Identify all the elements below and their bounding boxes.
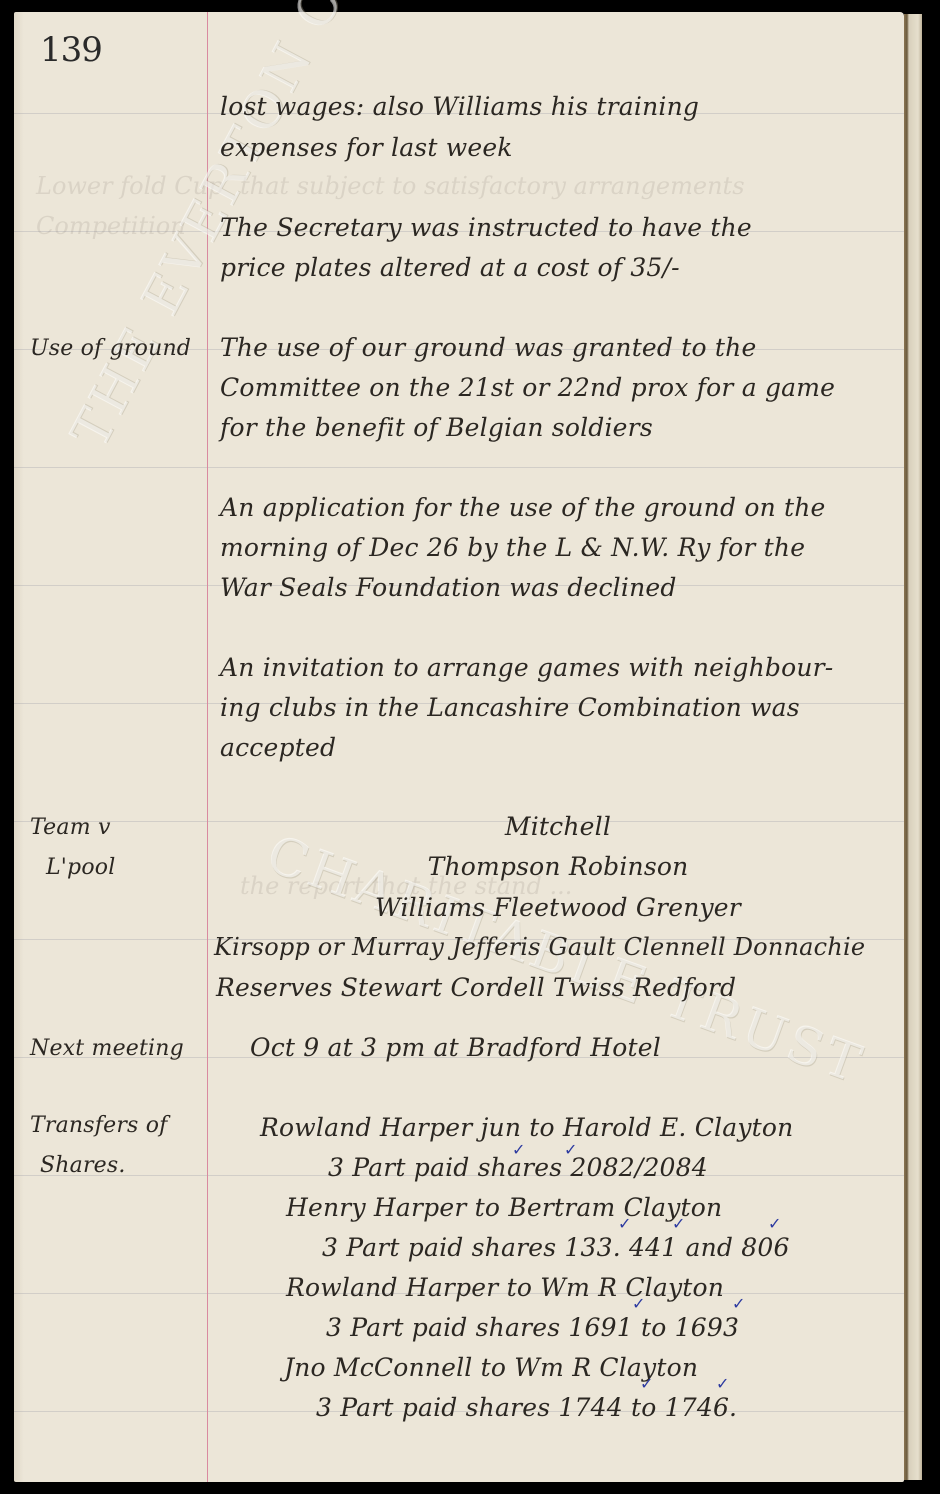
check-mark-icon: ✓ bbox=[632, 1294, 645, 1313]
minute-line: War Seals Foundation was declined bbox=[220, 573, 677, 602]
minute-line: expenses for last week bbox=[220, 133, 513, 162]
margin-note-transfers: Transfers of bbox=[30, 1113, 168, 1138]
minute-line: ing clubs in the Lancashire Combination … bbox=[220, 693, 800, 722]
team-forwards: Kirsopp or Murray Jefferis Gault Clennel… bbox=[214, 933, 865, 961]
check-mark-icon: ✓ bbox=[512, 1140, 525, 1159]
check-mark-icon: ✓ bbox=[716, 1374, 729, 1393]
margin-note-opponent: L'pool bbox=[46, 855, 115, 880]
check-mark-icon: ✓ bbox=[618, 1214, 631, 1233]
margin-note-shares: Shares. bbox=[40, 1153, 126, 1178]
team-goalkeeper: Mitchell bbox=[208, 812, 908, 841]
minute-line: An application for the use of the ground… bbox=[220, 493, 826, 522]
transfer-shares: 3 Part paid shares 1691 to 1693 bbox=[326, 1313, 739, 1342]
team-halfbacks: Williams Fleetwood Grenyer bbox=[208, 893, 908, 922]
minute-line: Committee on the 21st or 22nd prox for a… bbox=[220, 373, 835, 402]
check-mark-icon: ✓ bbox=[672, 1214, 685, 1233]
page-number: 139 bbox=[40, 30, 102, 70]
transfer-parties: Henry Harper to Bertram Clayton bbox=[286, 1193, 722, 1222]
margin-note-use-of-ground: Use of ground bbox=[30, 336, 191, 361]
minute-line: for the benefit of Belgian soldiers bbox=[220, 413, 653, 442]
minute-line: accepted bbox=[220, 733, 336, 762]
page-binding-edge bbox=[904, 14, 922, 1480]
minute-line: An invitation to arrange games with neig… bbox=[220, 653, 833, 682]
minute-line: morning of Dec 26 by the L & N.W. Ry for… bbox=[220, 533, 805, 562]
check-mark-icon: ✓ bbox=[732, 1294, 745, 1313]
transfer-parties: Jno McConnell to Wm R Clayton bbox=[284, 1353, 698, 1382]
margin-note-team: Team v bbox=[30, 815, 111, 840]
minute-line: The Secretary was instructed to have the bbox=[220, 213, 752, 242]
transfer-parties: Rowland Harper jun to Harold E. Clayton bbox=[260, 1113, 793, 1142]
check-mark-icon: ✓ bbox=[564, 1140, 577, 1159]
check-mark-icon: ✓ bbox=[768, 1214, 781, 1233]
team-backs: Thompson Robinson bbox=[208, 852, 908, 881]
next-meeting-text: Oct 9 at 3 pm at Bradford Hotel bbox=[250, 1033, 661, 1062]
minute-line: price plates altered at a cost of 35/- bbox=[220, 253, 680, 282]
team-reserves: Reserves Stewart Cordell Twiss Redford bbox=[216, 973, 736, 1002]
transfer-shares: 3 Part paid shares 1744 to 1746. bbox=[316, 1393, 737, 1422]
check-mark-icon: ✓ bbox=[640, 1374, 653, 1393]
minute-line: lost wages: also Williams his training bbox=[220, 92, 699, 121]
minute-line: The use of our ground was granted to the bbox=[220, 333, 756, 362]
margin-rule bbox=[207, 12, 208, 1482]
transfer-shares: 3 Part paid shares 133. 441 and 806 bbox=[322, 1233, 790, 1262]
transfer-parties: Rowland Harper to Wm R Clayton bbox=[286, 1273, 724, 1302]
margin-note-next-meeting: Next meeting bbox=[30, 1036, 184, 1061]
